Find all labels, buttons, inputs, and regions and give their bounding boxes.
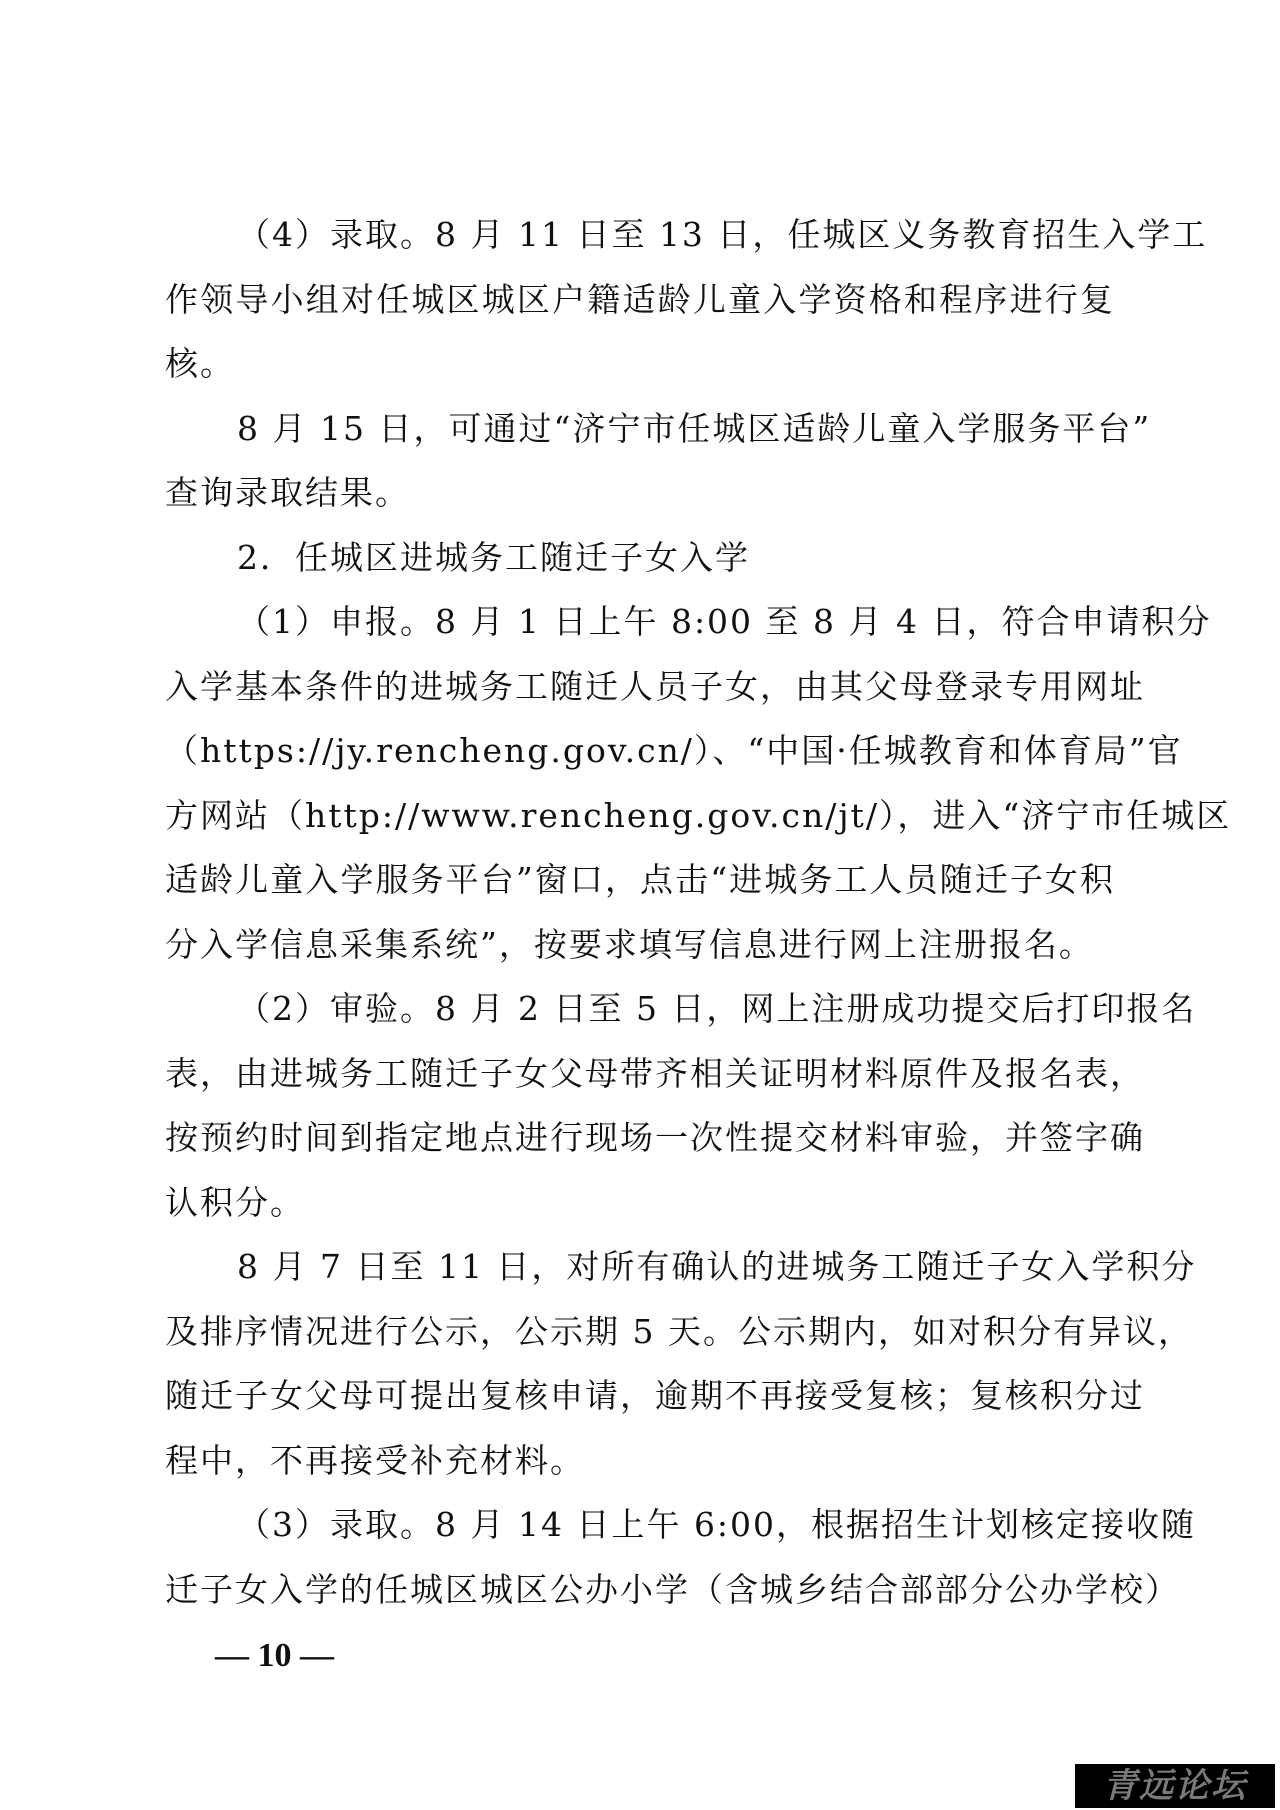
paragraph-line: 表，由进城务工随迁子女父母带齐相关证明材料原件及报名表， [165,1042,1115,1106]
document-page: （4）录取。8 月 11 日至 13 日，任城区义务教育招生入学工 作领导小组对… [0,0,1280,1810]
paragraph-line: 程中，不再接受补充材料。 [165,1429,1115,1493]
paragraph-line: （3）录取。8 月 14 日上午 6:00，根据招生计划核定接收随 [237,1493,1115,1557]
paragraph-line: （4）录取。8 月 11 日至 13 日，任城区义务教育招生入学工 [237,203,1115,267]
paragraph-line: 查询录取结果。 [165,461,1115,525]
paragraph-line: （1）申报。8 月 1 日上午 8:00 至 8 月 4 日，符合申请积分 [237,590,1115,654]
page-number: — 10 — [215,1632,334,1680]
paragraph-line: 认积分。 [165,1171,1115,1235]
paragraph-line: （https://jy.rencheng.gov.cn/）、“中国·任城教育和体… [165,719,1115,783]
paragraph-line: 作领导小组对任城区城区户籍适龄儿童入学资格和程序进行复 [165,268,1115,332]
paragraph-line: （2）审验。8 月 2 日至 5 日，网上注册成功提交后打印报名 [237,977,1115,1041]
paragraph-line: 随迁子女父母可提出复核申请，逾期不再接受复核；复核积分过 [165,1364,1115,1428]
paragraph-line: 分入学信息采集系统”，按要求填写信息进行网上注册报名。 [165,913,1115,977]
paragraph-line: 迁子女入学的任城区城区公办小学（含城乡结合部部分公办学校） [165,1558,1115,1622]
paragraph-line: 按预约时间到指定地点进行现场一次性提交材料审验，并签字确 [165,1106,1115,1170]
paragraph-line: 方网站（http://www.rencheng.gov.cn/jt/），进入“济… [165,784,1115,848]
paragraph-line: 8 月 15 日，可通过“济宁市任城区适龄儿童入学服务平台” [237,397,1115,461]
paragraph-line: 入学基本条件的进城务工随迁人员子女，由其父母登录专用网址 [165,655,1115,719]
section-heading: 2．任城区进城务工随迁子女入学 [237,526,1115,590]
paragraph-line: 8 月 7 日至 11 日，对所有确认的进城务工随迁子女入学积分 [237,1235,1115,1299]
paragraph-line: 及排序情况进行公示，公示期 5 天。公示期内，如对积分有异议， [165,1300,1115,1364]
watermark-logo: 青远论坛 [1075,1764,1275,1808]
paragraph-line: 适龄儿童入学服务平台”窗口，点击“进城务工人员随迁子女积 [165,848,1115,912]
paragraph-line: 核。 [165,332,1115,396]
